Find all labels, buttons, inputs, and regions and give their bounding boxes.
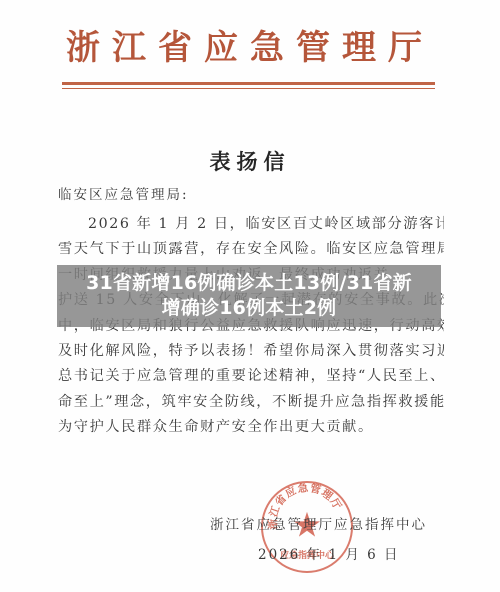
- document-title: 表扬信: [0, 146, 500, 176]
- body-line: 及时化解风险，特予以表扬！希望你局深入贯彻落实习近平: [58, 339, 444, 364]
- document-page: 浙江省应急管理厅 表扬信 临安区应急管理局: 2026 年 1 月 2 日，临安…: [0, 0, 500, 592]
- caption-line-2: 增确诊16例本土2例: [162, 296, 337, 321]
- body-line: 为守护人民群众生命财产安全作出更大贡献。: [58, 415, 444, 440]
- letterhead-title: 浙江省应急管理厅: [0, 28, 500, 68]
- caption-overlay: 31省新增16例确诊本土13例/31省新 增确诊16例本土2例: [57, 265, 441, 327]
- letterhead-rule-thin: [62, 88, 435, 89]
- letterhead-rule-thick: [62, 82, 435, 85]
- body-line: 雪天气下于山顶露营，存在安全风险。临安区应急管理局第: [58, 237, 444, 262]
- salutation: 临安区应急管理局:: [58, 183, 189, 203]
- body-line: 总书记关于应急管理的重要论述精神，坚持“人民至上、生: [58, 364, 444, 389]
- body-line: 2026 年 1 月 2 日，临安区百丈岭区域部分游客计划在雨: [58, 212, 444, 237]
- signature-date: 2026 年 1 月 6 日: [258, 543, 400, 563]
- body-line: 命至上”理念，筑牢安全防线，不断提升应急指挥救援能力，: [58, 390, 444, 415]
- caption-line-1: 31省新增16例确诊本土13例/31省新: [86, 271, 412, 296]
- signature-org: 浙江省应急管理厅应急指挥中心: [210, 513, 427, 533]
